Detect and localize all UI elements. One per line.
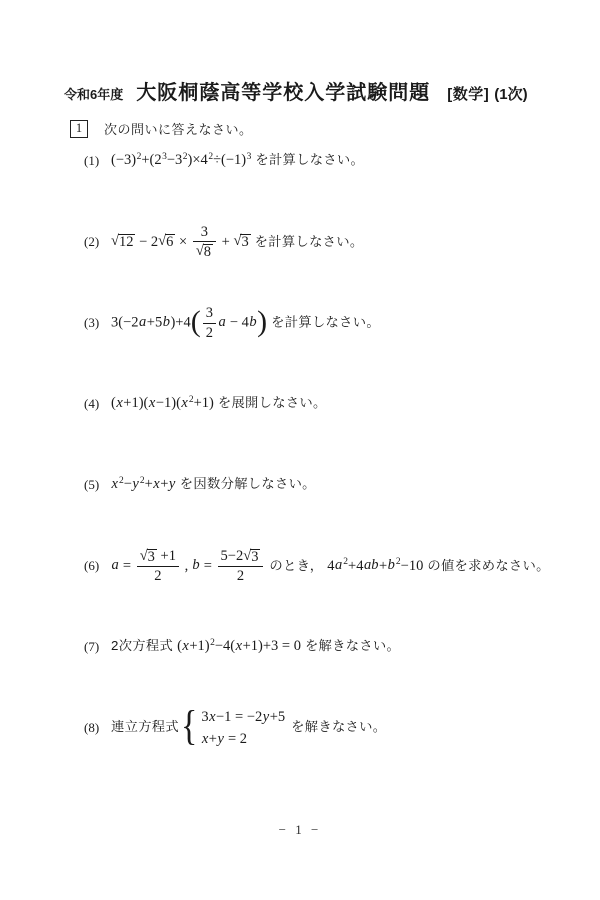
problem-number: (5) bbox=[84, 477, 111, 493]
page-footer: − 1 − bbox=[0, 822, 600, 838]
problem-formula: (−3)2+(23−32)×42÷(−1)3 を計算しなさい。 bbox=[111, 152, 364, 169]
school-year: 令和6年度 bbox=[64, 84, 123, 103]
problem-item: (8) 連立方程式{3x−1 = −2y+5x+y = 2 を解きなさい。 bbox=[84, 708, 580, 748]
section-heading: 1 次の問いに答えなさい。 bbox=[70, 119, 253, 138]
section-instruction: 次の問いに答えなさい。 bbox=[104, 119, 253, 138]
exam-subject: [数学] bbox=[447, 83, 489, 104]
exam-round: (1次) bbox=[494, 83, 527, 104]
problem-formula: x2−y2+x+y を因数分解しなさい。 bbox=[111, 476, 316, 493]
problem-number: (1) bbox=[84, 153, 111, 169]
exam-page: 令和6年度 大阪桐蔭高等学校入学試験問題 [数学] (1次) 1 次の問いに答え… bbox=[0, 0, 600, 900]
problem-item: (2) √12 − 2√6 × 3√8 + √3 を計算しなさい。 bbox=[84, 222, 580, 262]
problem-formula: 連立方程式{3x−1 = −2y+5x+y = 2 を解きなさい。 bbox=[111, 708, 386, 747]
exam-header: 令和6年度 大阪桐蔭高等学校入学試験問題 [数学] (1次) bbox=[64, 76, 570, 105]
problem-number: (3) bbox=[84, 315, 111, 331]
problem-formula: 3(−2a+5b)+4(32a − 4b) を計算しなさい。 bbox=[111, 305, 380, 341]
problem-formula: (x+1)(x−1)(x2+1) を展開しなさい。 bbox=[111, 395, 327, 412]
problem-number: (6) bbox=[84, 558, 111, 574]
page-number: − 1 − bbox=[279, 822, 322, 837]
problem-formula: √12 − 2√6 × 3√8 + √3 を計算しなさい。 bbox=[111, 224, 363, 261]
problem-item: (5) x2−y2+x+y を因数分解しなさい。 bbox=[84, 465, 580, 505]
problem-formula: a = √3 +12 , b = 5−2√32 のとき， 4a2+4ab+b2−… bbox=[111, 548, 550, 585]
problem-formula: 2次方程式 (x+1)2−4(x+1)+3 = 0 を解きなさい。 bbox=[111, 638, 400, 655]
problem-list: (1) (−3)2+(23−32)×42÷(−1)3 を計算しなさい。 (2) … bbox=[84, 141, 580, 789]
problem-number: (2) bbox=[84, 234, 111, 250]
problem-number: (4) bbox=[84, 396, 111, 412]
exam-title: 大阪桐蔭高等学校入学試験問題 bbox=[136, 76, 430, 105]
problem-item: (1) (−3)2+(23−32)×42÷(−1)3 を計算しなさい。 bbox=[84, 141, 580, 181]
problem-number: (7) bbox=[84, 639, 111, 655]
problem-number: (8) bbox=[84, 720, 111, 736]
problem-item: (3) 3(−2a+5b)+4(32a − 4b) を計算しなさい。 bbox=[84, 303, 580, 343]
problem-item: (4) (x+1)(x−1)(x2+1) を展開しなさい。 bbox=[84, 384, 580, 424]
problem-item: (7) 2次方程式 (x+1)2−4(x+1)+3 = 0 を解きなさい。 bbox=[84, 627, 580, 667]
problem-item: (6) a = √3 +12 , b = 5−2√32 のとき， 4a2+4ab… bbox=[84, 546, 580, 586]
section-number-box: 1 bbox=[70, 120, 88, 138]
